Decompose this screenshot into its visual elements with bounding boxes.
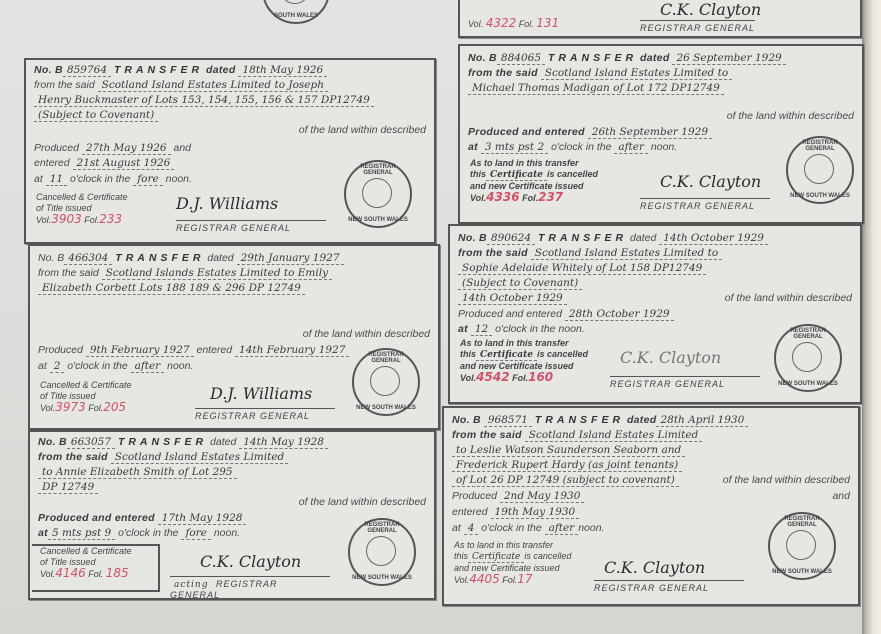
text-field: TRANSFER: [548, 52, 637, 64]
text-field: 17th May 1928: [158, 512, 247, 525]
text-field: from the said: [38, 451, 108, 463]
registrar-stamp: REGISTRAR GENERALNEW SOUTH WALES: [774, 324, 842, 392]
text-field: Vol.: [460, 373, 476, 383]
text-field: REGISTRAR GENERAL: [776, 328, 840, 340]
text-field: 2nd May 1930: [500, 490, 585, 503]
text-field: REGISTRAR GENERAL: [195, 408, 335, 421]
text-field: o'clock in the: [70, 173, 130, 185]
text-field: o'clock in the: [118, 527, 178, 539]
text-field: noon.: [651, 141, 677, 153]
text-field: No. B: [38, 252, 64, 264]
text-field: No. B: [458, 232, 487, 244]
text-field: NEW SOUTH WALES: [788, 193, 852, 199]
text-field: 968571: [484, 414, 532, 427]
text-field: from the said: [452, 429, 522, 441]
text-field: noon.: [558, 323, 584, 335]
text-field: of the land within described: [723, 474, 850, 486]
text-field: Fol.: [512, 373, 528, 383]
text-field: dated: [207, 252, 233, 264]
text-field: 890624: [487, 232, 535, 245]
text-field: As to land in this transfer: [460, 338, 588, 349]
text-field: Vol.: [40, 569, 55, 579]
registrar-stamp: REGISTRAR GENERALNEW SOUTH WALES: [352, 348, 420, 416]
text-field: 237: [538, 190, 563, 204]
signature: C.K. Clayton: [660, 172, 761, 191]
text-field: at: [458, 323, 468, 335]
signature: C.K. Clayton: [604, 558, 705, 577]
text-field: 4146: [55, 566, 86, 580]
text-field: REGISTRAR GENERAL: [610, 376, 760, 389]
text-field: Produced: [38, 344, 83, 356]
signature: C.K. Clayton: [660, 0, 761, 19]
text-field: TRANSFER: [118, 436, 207, 448]
text-field: Certificate: [486, 170, 547, 181]
text-field: noon.: [578, 522, 604, 534]
text-field: (Subject to Covenant): [458, 277, 582, 290]
text-field: NEW SOUTH WALES: [346, 217, 410, 223]
transfer-card: No. B663057 TRANSFER dated 14th May 1928…: [28, 430, 436, 600]
text-field: after: [131, 360, 165, 373]
signature: C.K. Clayton: [200, 552, 301, 571]
page-edge: [862, 0, 881, 634]
text-field: 18th May 1926: [238, 64, 327, 77]
text-field: from the said: [458, 247, 528, 259]
text-field: 28th April 1930: [656, 414, 748, 427]
text-field: o'clock in the: [481, 522, 541, 534]
text-field: Sophie Adelaide Whitely of Lot 158 DP127…: [458, 262, 706, 275]
registrar-stamp: REGISTRAR GENERALNEW SOUTH WALES: [786, 136, 854, 204]
text-field: from the said: [34, 79, 95, 91]
text-field: Fol.: [88, 569, 103, 579]
text-field: dated: [627, 414, 657, 426]
text-field: DP 12749: [38, 481, 98, 494]
text-field: at: [38, 527, 48, 539]
text-field: 12: [471, 323, 492, 336]
text-field: Scotland Island Estates Limited: [111, 451, 289, 464]
text-field: 466304: [64, 252, 112, 265]
text-field: Vol.: [470, 193, 486, 203]
text-field: 3903: [51, 212, 82, 226]
text-field: Vol.: [468, 19, 483, 29]
text-field: No. B: [34, 64, 63, 76]
text-field: 21st August 1926: [73, 157, 175, 170]
text-field: Frederick Rupert Hardy (as joint tenants…: [452, 459, 682, 472]
text-field: Elizabeth Corbett Lots 188 189 & 296 DP …: [38, 282, 305, 295]
text-field: REGISTRAR GENERAL: [640, 198, 770, 211]
text-field: of the land within described: [303, 328, 430, 340]
text-field: is cancelled: [524, 551, 571, 561]
text-field: acting: [170, 580, 212, 590]
text-field: at: [468, 141, 478, 153]
text-field: 3973: [55, 400, 86, 414]
text-field: at: [34, 173, 43, 185]
text-field: No. B: [452, 414, 481, 426]
text-field: As to land in this transfer: [470, 158, 598, 169]
text-field: Fol.: [502, 575, 517, 585]
text-field: TRANSFER: [538, 232, 627, 244]
text-field: from the said: [468, 67, 538, 79]
text-field: fore: [181, 527, 210, 540]
text-field: Scotland Islands Estates Limited to Emil…: [102, 267, 332, 280]
text-field: 14th October 1929: [659, 232, 768, 245]
text-field: SOUTH WALES: [264, 13, 328, 19]
text-field: 859764: [63, 64, 111, 77]
transfer-card: No. B 968571 TRANSFER dated28th April 19…: [442, 406, 860, 606]
text-field: Produced and entered: [38, 512, 155, 524]
text-field: NEW SOUTH WALES: [770, 569, 834, 575]
registrar-stamp: REGISTRAR GENERALNEW SOUTH WALES: [768, 512, 836, 580]
text-field: Fol.: [84, 215, 99, 225]
text-field: after: [545, 522, 579, 535]
text-field: No. B: [38, 436, 67, 448]
text-field: 4322: [486, 16, 517, 30]
text-field: 2: [50, 360, 65, 373]
text-field: Scotland Island Estates Limited to: [531, 247, 722, 260]
text-field: NEW SOUTH WALES: [350, 575, 414, 581]
text-field: 4405: [469, 572, 500, 586]
text-field: after: [614, 141, 648, 154]
text-field: entered: [34, 157, 70, 169]
text-field: Fol.: [522, 193, 538, 203]
text-field: Produced and entered: [458, 308, 562, 320]
text-field: 884065: [497, 52, 545, 65]
text-field: Produced and entered: [468, 126, 585, 138]
text-field: 4: [464, 522, 479, 535]
text-field: 14th February 1927: [235, 344, 349, 357]
text-field: to Annie Elizabeth Smith of Lot 295: [38, 466, 237, 479]
text-field: 28th October 1929: [565, 308, 674, 321]
text-field: is cancelled: [547, 169, 598, 179]
registrar-stamp: REGISTRAR GENERALNEW SOUTH WALES: [344, 160, 412, 228]
text-field: 17: [517, 572, 532, 586]
text-field: NEW SOUTH WALES: [354, 405, 418, 411]
text-field: Vol.: [454, 575, 469, 585]
text-field: entered: [197, 344, 233, 356]
text-field: REGISTRAR GENERAL: [354, 352, 418, 364]
text-field: o'clock in the: [67, 360, 127, 372]
text-field: dated: [640, 52, 670, 64]
text-field: dated: [630, 232, 656, 244]
text-field: 233: [99, 212, 122, 226]
text-field: fore: [133, 173, 162, 186]
text-field: at: [38, 360, 47, 372]
text-field: Cancelled & Certificate: [40, 380, 132, 391]
text-field: Cancelled & Certificate: [36, 192, 128, 203]
signature: C.K. Clayton: [620, 348, 721, 367]
text-field: of Lot 26 DP 12749 (subject to covenant): [452, 474, 679, 487]
text-field: of the land within described: [299, 496, 426, 508]
text-field: Fol.: [88, 403, 103, 413]
text-field: As to land in this transfer: [454, 540, 571, 551]
text-field: Cancelled & Certificate: [40, 546, 158, 557]
text-field: (Subject to Covenant): [34, 109, 158, 122]
text-field: REGISTRAR GENERAL: [176, 220, 326, 233]
text-field: this: [454, 551, 468, 561]
text-field: Scotland Island Estates Limited: [525, 429, 703, 442]
text-field: and: [832, 490, 850, 502]
text-field: from the said: [38, 267, 99, 279]
text-field: 3 mts pst 2: [481, 141, 548, 154]
text-field: Fol.: [519, 19, 534, 29]
text-field: REGISTRAR GENERAL: [346, 164, 410, 176]
text-field: at: [452, 522, 461, 534]
text-field: 14th May 1928: [239, 436, 328, 449]
text-field: dated: [210, 436, 236, 448]
text-field: noon.: [214, 527, 240, 539]
signature: D.J. Williams: [210, 384, 312, 403]
text-field: Certificate: [468, 552, 524, 563]
text-field: Produced: [452, 490, 497, 502]
text-field: this: [470, 169, 486, 179]
transfer-card: No. B466304 TRANSFER dated 29th January …: [28, 244, 440, 430]
transfer-card: No. B884065 TRANSFER dated 26 September …: [458, 44, 864, 224]
text-field: Vol.: [36, 215, 51, 225]
text-field: REGISTRAR GENERAL: [770, 516, 834, 528]
text-field: REGISTRAR GENERAL: [594, 580, 744, 593]
text-field: o'clock in the: [551, 141, 611, 153]
text-field: Scotland Island Estates Limited to Josep…: [98, 79, 328, 92]
text-field: NEW SOUTH WALES: [776, 381, 840, 387]
registrar-stamp: REGISTRAR GENERALNEW SOUTH WALES: [348, 518, 416, 586]
text-field: Vol.: [40, 403, 55, 413]
text-field: REGISTRAR GENERAL: [640, 20, 755, 33]
signature: D.J. Williams: [176, 194, 278, 213]
text-field: 160: [528, 370, 553, 384]
text-field: 205: [103, 400, 126, 414]
text-field: noon.: [167, 360, 193, 372]
text-field: this: [460, 349, 476, 359]
text-field: 185: [106, 566, 129, 580]
text-field: 27th May 1926: [82, 142, 171, 155]
text-field: TRANSFER: [114, 64, 203, 76]
text-field: to Leslie Watson Saunderson Seaborn and: [452, 444, 685, 457]
text-field: 663057: [67, 436, 115, 449]
text-field: Certificate: [476, 350, 537, 361]
text-field: 26 September 1929: [672, 52, 785, 65]
transfer-card-fragment: Vol. 4322 Fol. 131 C.K. Clayton REGISTRA…: [458, 0, 862, 38]
text-field: REGISTRAR GENERAL: [350, 522, 414, 534]
text-field: Produced: [34, 142, 79, 154]
text-field: Michael Thomas Madigan of Lot 172 DP1274…: [468, 82, 724, 95]
text-field: noon.: [166, 173, 192, 185]
text-field: Henry Buckmaster of Lots 153, 154, 155, …: [34, 94, 374, 107]
text-field: REGISTRAR GENERAL: [788, 140, 852, 152]
text-field: TRANSFER: [535, 414, 624, 426]
text-field: 5 mts pst 9: [48, 527, 115, 540]
text-field: 131: [536, 16, 559, 30]
text-field: of the land within described: [299, 124, 426, 136]
text-field: o'clock in the: [495, 323, 555, 335]
text-field: 11: [46, 173, 67, 186]
transfer-card: No. B890624 TRANSFER dated 14th October …: [448, 224, 862, 404]
text-field: 4542: [476, 370, 509, 384]
text-field: of the land within described: [725, 292, 852, 304]
text-field: 26th September 1929: [588, 126, 712, 139]
transfer-card: No. B859764 TRANSFER dated 18th May 1926…: [24, 58, 436, 244]
text-field: is cancelled: [537, 349, 588, 359]
text-field: of the land within described: [727, 110, 854, 122]
text-field: 29th January 1927: [237, 252, 344, 265]
text-field: 14th October 1929: [458, 292, 567, 305]
text-field: dated: [206, 64, 236, 76]
text-field: entered: [452, 506, 488, 518]
text-field: TRANSFER: [115, 252, 204, 264]
text-field: No. B: [468, 52, 497, 64]
text-field: Scotland Island Estates Limited to: [541, 67, 732, 80]
text-field: 9th February 1927: [86, 344, 194, 357]
text-field: 4336: [486, 190, 519, 204]
text-field: and: [173, 142, 191, 154]
text-field: 19th May 1930: [491, 506, 580, 519]
